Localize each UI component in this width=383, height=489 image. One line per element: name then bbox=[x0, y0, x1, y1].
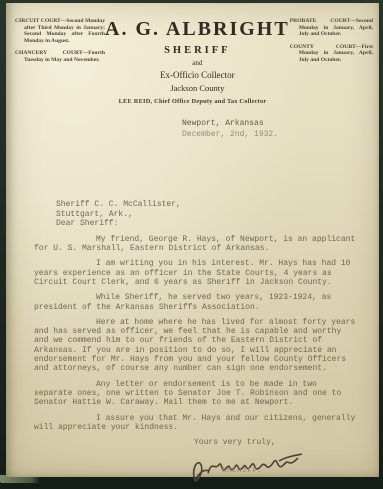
paragraph-2: I am writing you in his interest. Mr. Ha… bbox=[34, 259, 359, 287]
paragraph-5: Any letter or endorsement is to be made … bbox=[34, 380, 359, 408]
paragraph-3: While Sheriff, he served two years, 1923… bbox=[34, 293, 359, 312]
court-schedule-left: CIRCUIT COURT—Second Monday after Third … bbox=[15, 18, 105, 70]
date-line: December, 2nd, 1932. bbox=[182, 129, 379, 140]
sheriff-title: SHERIFF bbox=[105, 45, 290, 56]
recipient-name-line: Sheriff C. C. McCallister, bbox=[56, 200, 379, 210]
paragraph-6: I assure you that Mr. Hays and our citiz… bbox=[34, 414, 359, 433]
letterhead: CIRCUIT COURT—Second Monday after Third … bbox=[6, 3, 379, 93]
closing-line: Yours very truly, bbox=[194, 438, 379, 447]
circuit-court-notice: CIRCUIT COURT—Second Monday after Third … bbox=[15, 18, 105, 44]
conjunction-text: and bbox=[105, 59, 290, 67]
recipient-address: Sheriff C. C. McCallister, Stuttgart, Ar… bbox=[56, 200, 379, 229]
chancery-court-notice: CHANCERY COURT—Fourth Tuesday in May and… bbox=[15, 50, 105, 63]
paragraph-4: Here at home where he has lived for almo… bbox=[34, 318, 359, 374]
paragraph-1: My friend, George R. Hays, of Newport, i… bbox=[34, 235, 359, 254]
court-schedule-right: PROBATE COURT—Second Monday in January, … bbox=[290, 18, 373, 70]
probate-court-notice: PROBATE COURT—Second Monday in January, … bbox=[290, 18, 373, 38]
dateline: Newport, Arkansas December, 2nd, 1932. bbox=[182, 118, 379, 140]
sheriff-name: A. G. ALBRIGHT bbox=[105, 18, 290, 41]
letter-body: My friend, George R. Hays, of Newport, i… bbox=[34, 235, 359, 432]
letterhead-center: A. G. ALBRIGHT SHERIFF and Ex-Officio Co… bbox=[105, 18, 290, 93]
scanned-letter-photo: CIRCUIT COURT—Second Monday after Third … bbox=[0, 0, 383, 489]
county-court-notice: COUNTY COURT—First Monday in January, Ap… bbox=[290, 44, 373, 64]
county-line: Jackson County bbox=[105, 83, 290, 93]
letter-paper: CIRCUIT COURT—Second Monday after Third … bbox=[6, 3, 379, 477]
recipient-city-line: Stuttgart, Ark., bbox=[56, 210, 379, 220]
signature-block: SHERIFF. bbox=[6, 448, 379, 488]
deputy-line: LEE REID, Chief Office Deputy and Tax Co… bbox=[6, 98, 379, 105]
place-line: Newport, Arkansas bbox=[182, 118, 379, 129]
ex-officio-line: Ex-Officio Collector bbox=[105, 70, 290, 80]
salutation-line: Dear Sheriff: bbox=[56, 219, 379, 229]
signature-title: SHERIFF. bbox=[222, 467, 263, 475]
